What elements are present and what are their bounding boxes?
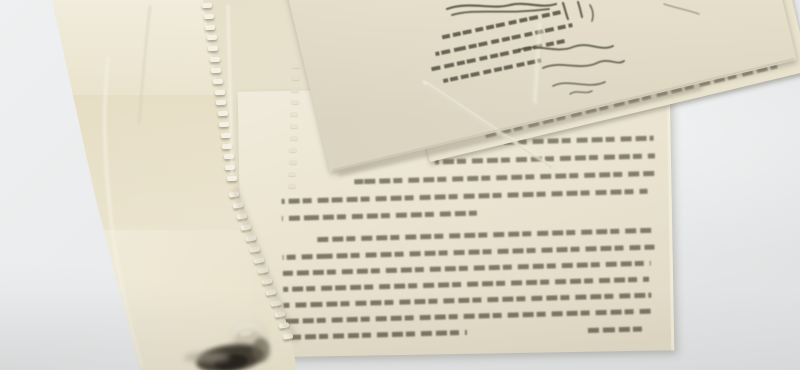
creases-and-handwriting (0, 0, 800, 370)
strip-edge-highlight (228, 6, 232, 174)
strip-shadow-on-letter (236, 190, 296, 340)
handwriting-faint-mark (664, 4, 699, 14)
strip-fold-highlight (105, 58, 142, 366)
handwriting-tick-1 (563, 3, 568, 19)
handwriting-flourish (570, 91, 592, 94)
handwriting-top-scrawl-2 (452, 9, 549, 15)
handwriting-tick-2 (578, 2, 582, 17)
handwriting-cursive-2 (543, 61, 624, 68)
envelope-edge-shadow (340, 88, 700, 174)
photo-scene (0, 0, 800, 370)
handwriting-cursive-1 (519, 45, 613, 50)
handwriting-tick-3 (590, 5, 593, 21)
envelope-corner-crease-dark (427, 85, 551, 167)
handwriting-top-scrawl-1 (447, 4, 556, 9)
handwriting-cursive-3 (553, 82, 605, 86)
strip-fold-crease (139, 6, 150, 124)
envelope-bottom-edge-line (333, 59, 794, 170)
